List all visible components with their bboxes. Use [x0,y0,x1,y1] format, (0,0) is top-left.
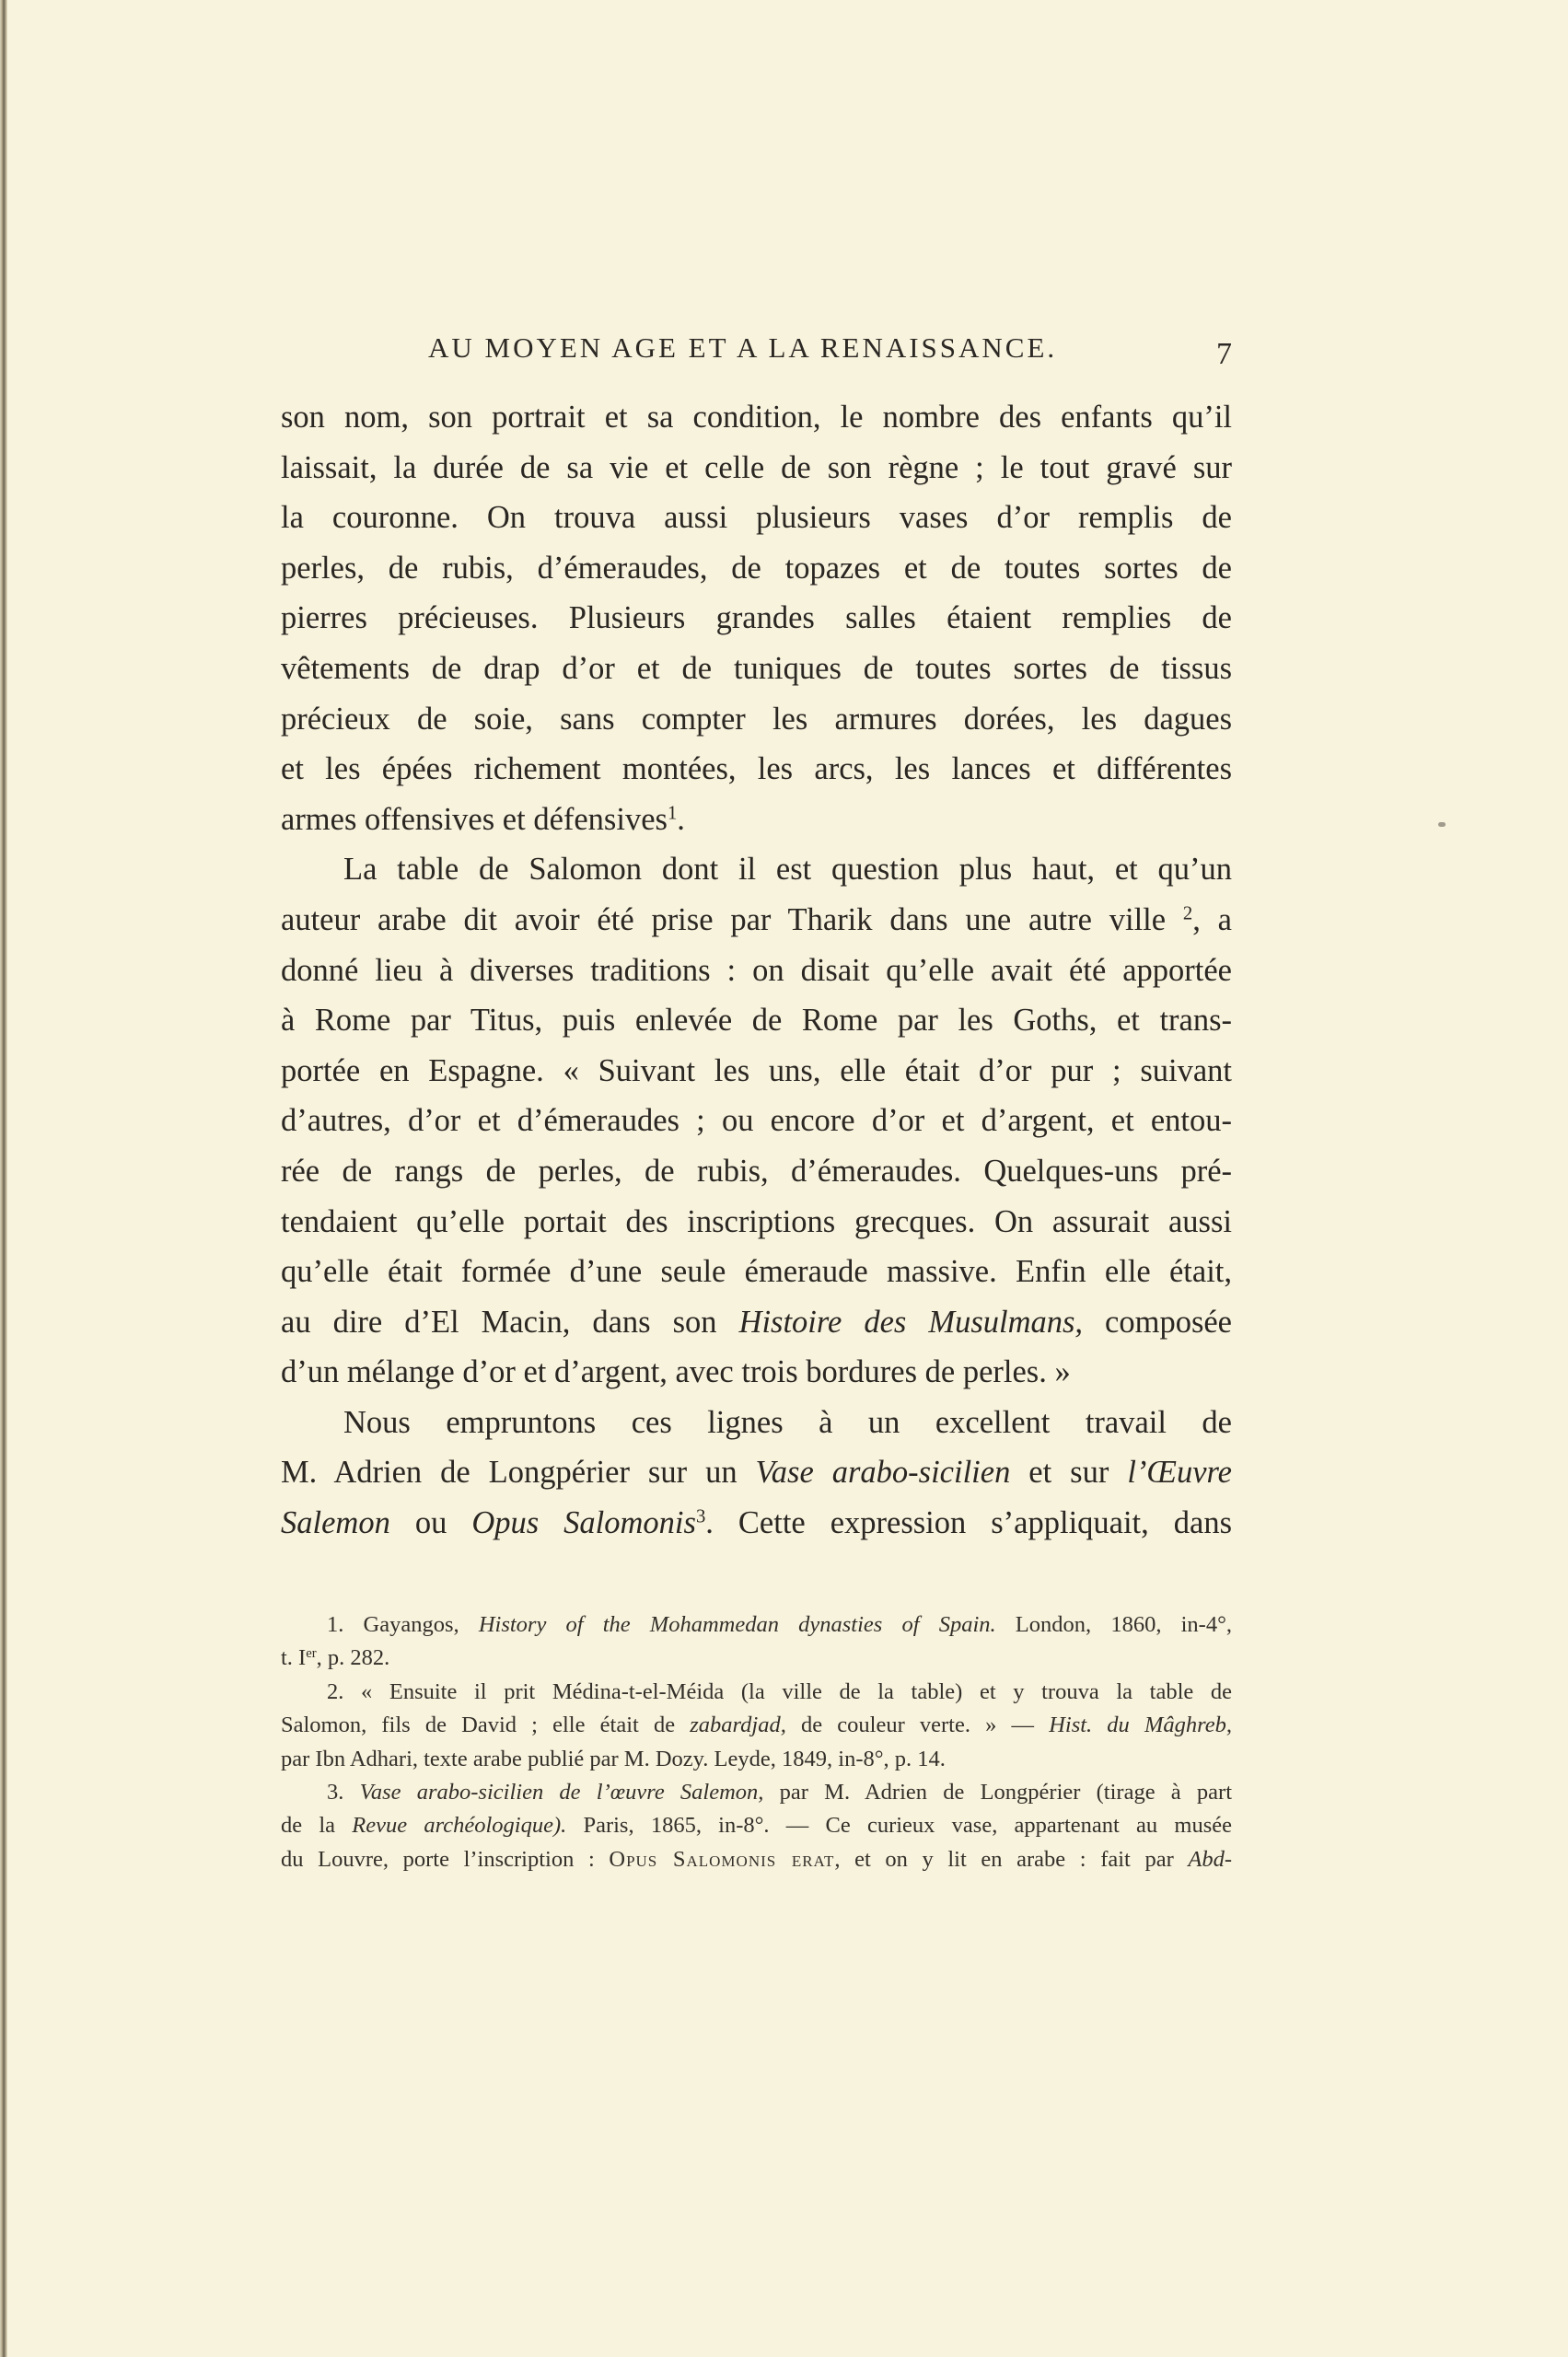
footnote-ref-2[interactable]: 2 [1183,904,1192,924]
text-line: d’un mélange d’or et d’argent, avec troi… [281,1347,1232,1398]
running-head: AU MOYEN AGE ET A LA RENAISSANCE. 7 [428,331,1232,368]
work-title-italic: l’Œuvre [1127,1455,1232,1490]
text-line: qu’elle était formée d’une seule émeraud… [281,1247,1232,1297]
text-line: auteur arabe dit avoir été prise par Tha… [281,895,1232,946]
footnote-3-cont: de la Revue archéologique). Paris, 1865,… [281,1809,1232,1842]
text-line: Salemon ou Opus Salomonis3. Cette expres… [281,1498,1232,1549]
footnote-ref-3[interactable]: 3 [696,1507,705,1527]
running-head-title: AU MOYEN AGE ET A LA RENAISSANCE. [428,331,1057,365]
footnote-ref-1[interactable]: 1 [668,803,677,823]
text-line: armes offensives et défensives1. [281,795,1232,845]
footnote-number: 1. [327,1612,343,1637]
book-title-italic: Histoire des Musulmans, [739,1305,1084,1340]
footnotes: 1. Gayangos, History of the Mohammedan d… [281,1608,1232,1876]
text-line: précieux de soie, sans compter les armur… [281,694,1232,745]
text-line: La table de Salomon dont il est question… [281,844,1232,895]
text-line: rée de rangs de perles, de rubis, d’émer… [281,1146,1232,1197]
text-line: laissait, la durée de sa vie et celle de… [281,443,1232,493]
text-line: perles, de rubis, d’émeraudes, de topaze… [281,543,1232,594]
text-line: pierres précieuses. Plusieurs grandes sa… [281,593,1232,644]
text-line: vêtements de drap d’or et de tuniques de… [281,644,1232,694]
footnote-3: 3. Vase arabo-sicilien de l’œuvre Salemo… [281,1776,1232,1809]
footnote-number: 2. [327,1679,343,1704]
footnote-number: 3. [327,1780,343,1805]
footnote-2: 2. « Ensuite il prit Médina-t-el-Méida (… [281,1676,1232,1709]
text-line: la couronne. On trouva aussi plusieurs v… [281,493,1232,543]
footnote-1-cont: t. Ier, p. 282. [281,1642,1232,1675]
body-text: son nom, son portrait et sa condition, l… [281,392,1232,1549]
text-line: à Rome par Titus, puis enlevée de Rome p… [281,995,1232,1046]
text-line: au dire d’El Macin, dans son Histoire de… [281,1297,1232,1348]
paper-speck [1438,822,1446,827]
footnote-2-cont: Salomon, fils de David ; elle était de z… [281,1709,1232,1742]
text-line: portée en Espagne. « Suivant les uns, el… [281,1046,1232,1097]
work-title-italic: Opus Salomonis [471,1505,696,1540]
text-line: donné lieu à diverses traditions : on di… [281,946,1232,996]
footnote-2-cont: par Ibn Adhari, texte arabe publié par M… [281,1743,1232,1776]
text-line: tendaient qu’elle portait des inscriptio… [281,1197,1232,1248]
text-line: M. Adrien de Longpérier sur un Vase arab… [281,1447,1232,1498]
footnote-1: 1. Gayangos, History of the Mohammedan d… [281,1608,1232,1642]
text-line: d’autres, d’or et d’émeraudes ; ou encor… [281,1096,1232,1146]
text-line: son nom, son portrait et sa condition, l… [281,392,1232,443]
text-line: et les épées richement montées, les arcs… [281,744,1232,795]
work-title-italic: Salemon [281,1505,390,1540]
work-title-italic: Vase arabo-sicilien [756,1455,1011,1490]
inscription-smallcaps: Opus Salomonis erat [609,1847,834,1872]
book-binding-edge [0,0,7,2357]
footnote-3-cont: du Louvre, porte l’inscription : Opus Sa… [281,1843,1232,1876]
text-line: Nous empruntons ces lignes à un excellen… [281,1398,1232,1448]
page-number: 7 [1216,337,1232,372]
